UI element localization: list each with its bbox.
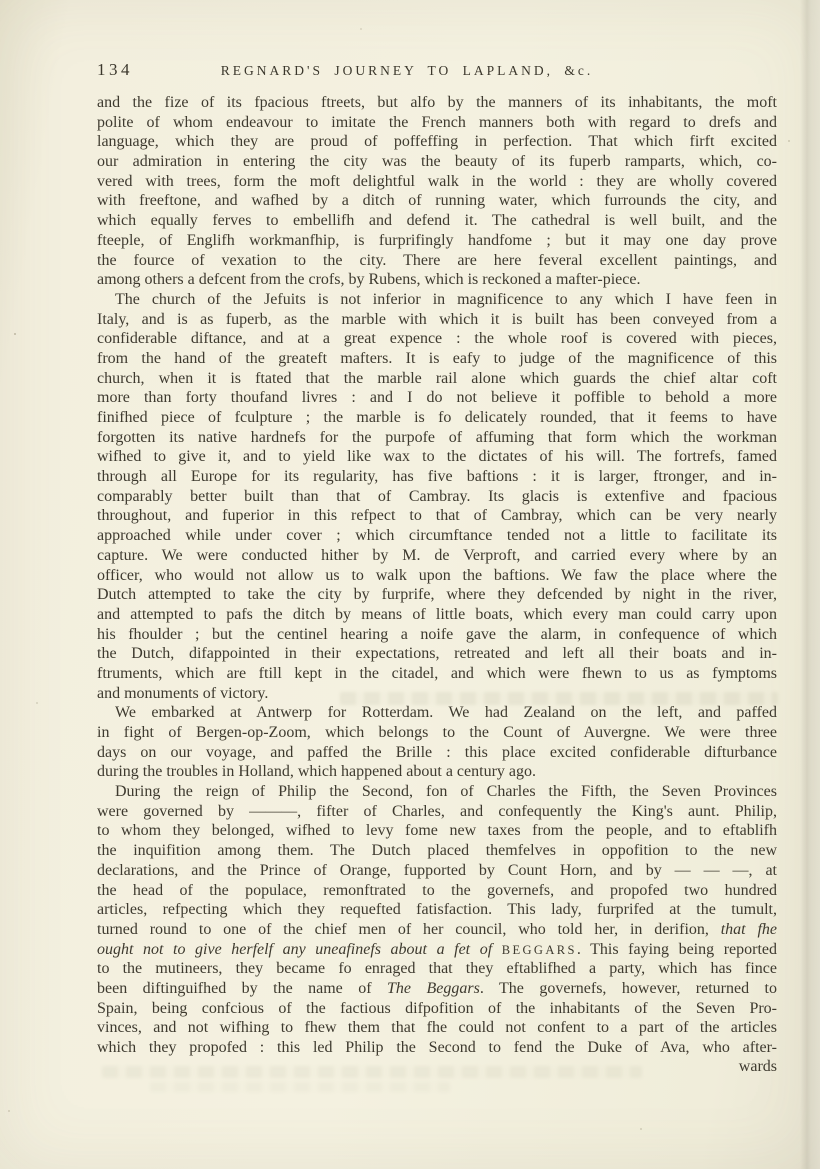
text-line: The church of the Jefuits is not inferio… — [97, 290, 777, 310]
text-line: forgotten its native hardnefs for the pu… — [97, 428, 777, 448]
text-segment: The Beggars — [387, 980, 480, 997]
text-segment: that fhe — [721, 921, 777, 938]
text-segment: the fource of vexation to the city. Ther… — [97, 252, 777, 269]
text-line: During the reign of Philip the Second, f… — [97, 782, 777, 802]
text-line: church, when it is ftated that the marbl… — [97, 369, 777, 389]
text-line: throughout, and fuperior in this refpect… — [97, 506, 777, 526]
text-line: more than forty thoufand livres : and I … — [97, 388, 777, 408]
text-segment: vinces, and not wifhing to fhew them tha… — [97, 1019, 777, 1036]
text-segment: through all Europe for its regularity, h… — [97, 468, 777, 485]
text-segment: officer, who would not allow us to walk … — [97, 567, 777, 584]
text-line: fteeple, of Englifh workmanfhip, is furp… — [97, 231, 777, 251]
text-line: Spain, being confcious of the factious d… — [97, 999, 777, 1019]
text-segment: the inquifition among them. The Dutch pl… — [97, 842, 777, 859]
text-line: were governed by ———, fifter of Charles,… — [97, 802, 777, 822]
text-segment: capture. We were conducted hither by M. … — [97, 547, 777, 564]
text-line: capture. We were conducted hither by M. … — [97, 546, 777, 566]
text-segment: been diftinguifhed by the name of — [97, 980, 387, 997]
text-line: the head of the populace, remonftrated t… — [97, 881, 777, 901]
text-segment: more than forty thoufand livres : and I … — [97, 389, 777, 406]
text-line: the Dutch, difappointed in their expecta… — [97, 644, 777, 664]
text-line: which they propofed : this led Philip th… — [97, 1038, 777, 1058]
text-line: language, which they are proud of poffef… — [97, 132, 777, 152]
page-header: 134 REGNARD'S JOURNEY TO LAPLAND, &c. — [97, 60, 777, 82]
text-segment: . This faying being reported — [577, 941, 777, 958]
text-line: from the hand of the greateft mafters. I… — [97, 349, 777, 369]
text-segment: polite of whom endeavour to imitate the … — [97, 114, 777, 131]
text-segment: and monuments of victory. — [97, 685, 268, 702]
text-line: with freeftone, and wafhed by a ditch of… — [97, 191, 777, 211]
text-segment: We embarked at Antwerp for Rotterdam. We… — [115, 704, 777, 721]
text-line: ftruments, which are ftill kept in the c… — [97, 664, 777, 684]
text-line: articles, refpecting which they requefte… — [97, 900, 777, 920]
text-segment: days on our voyage, and paffed the Brill… — [97, 744, 777, 761]
text-line: finifhed piece of fculpture ; the marble… — [97, 408, 777, 428]
show-through-smudge — [150, 1082, 450, 1092]
paper-specks — [0, 0, 2, 2]
text-segment: our admiration in entering the city was … — [97, 153, 777, 170]
book-page: 134 REGNARD'S JOURNEY TO LAPLAND, &c. an… — [0, 0, 820, 1169]
text-segment: and the fize of its fpacious ftreets, bu… — [97, 94, 777, 111]
text-line: and the fize of its fpacious ftreets, bu… — [97, 93, 777, 113]
text-line: comparably better built than that of Cam… — [97, 487, 777, 507]
text-segment: BEGGARS — [502, 943, 577, 957]
text-line: to the mutineers, they became fo enraged… — [97, 959, 777, 979]
text-segment: fteeple, of Englifh workmanfhip, is furp… — [97, 232, 777, 249]
text-segment: and attempted to pafs the ditch by means… — [97, 606, 777, 623]
text-line: which equally ferves to embellifh and de… — [97, 211, 777, 231]
text-segment: approached while under cover ; which cir… — [97, 527, 777, 544]
text-segment: among others a defcent from the crofs, b… — [97, 271, 640, 288]
text-line: and attempted to pafs the ditch by means… — [97, 605, 777, 625]
text-line: ought not to give herfelf any uneafinefs… — [97, 940, 777, 960]
text-segment: during the troubles in Holland, which ha… — [97, 763, 536, 780]
text-segment: Spain, being confcious of the factious d… — [97, 1000, 777, 1017]
text-line: Italy, and is as fuperb, as the marble w… — [97, 310, 777, 330]
text-line: and monuments of victory. — [97, 684, 777, 704]
text-segment: language, which they are proud of poffef… — [97, 133, 777, 150]
paragraph: The church of the Jefuits is not inferio… — [97, 290, 777, 703]
text-segment: ought not to give herfelf any uneafinefs… — [97, 941, 502, 958]
text-segment: confiderable diftance, and at a great ex… — [97, 330, 777, 347]
text-line: wifhed to give it, and to yield like wax… — [97, 447, 777, 467]
text-segment: finifhed piece of fculpture ; the marble… — [97, 409, 777, 426]
text-segment: comparably better built than that of Cam… — [97, 488, 777, 505]
text-line: officer, who would not allow us to walk … — [97, 566, 777, 586]
catchword: wards — [97, 1058, 777, 1076]
text-line: the fource of vexation to the city. Ther… — [97, 251, 777, 271]
text-segment: which they propofed : this led Philip th… — [97, 1039, 777, 1056]
text-line: in fight of Bergen-op-Zoom, which belong… — [97, 723, 777, 743]
text-line: our admiration in entering the city was … — [97, 152, 777, 172]
text-line: during the troubles in Holland, which ha… — [97, 762, 777, 782]
text-line: among others a defcent from the crofs, b… — [97, 270, 777, 290]
text-line: through all Europe for its regularity, h… — [97, 467, 777, 487]
text-line: polite of whom endeavour to imitate the … — [97, 113, 777, 133]
text-segment: Italy, and is as fuperb, as the marble w… — [97, 311, 777, 328]
text-segment: church, when it is ftated that the marbl… — [97, 370, 777, 387]
text-segment: wifhed to give it, and to yield like wax… — [97, 448, 777, 465]
text-segment: vered with trees, form the moft delightf… — [97, 173, 777, 190]
text-line: his fhoulder ; but the centinel hearing … — [97, 625, 777, 645]
text-line: We embarked at Antwerp for Rotterdam. We… — [97, 703, 777, 723]
text-segment: Dutch attempted to take the city by furp… — [97, 586, 777, 603]
text-line: days on our voyage, and paffed the Brill… — [97, 743, 777, 763]
text-segment: in fight of Bergen-op-Zoom, which belong… — [97, 724, 777, 741]
text-line: Dutch attempted to take the city by furp… — [97, 585, 777, 605]
text-segment: throughout, and fuperior in this refpect… — [97, 507, 777, 524]
text-segment: forgotten its native hardnefs for the pu… — [97, 429, 777, 446]
running-title: REGNARD'S JOURNEY TO LAPLAND, &c. — [67, 63, 747, 79]
text-segment: turned round to one of the chief men of … — [97, 921, 721, 938]
text-segment: to whom they belonged, wifhed to levy fo… — [97, 822, 777, 839]
text-segment: articles, refpecting which they requefte… — [97, 901, 777, 918]
text-line: vered with trees, form the moft delightf… — [97, 172, 777, 192]
paragraph: During the reign of Philip the Second, f… — [97, 782, 777, 1058]
text-line: been diftinguifhed by the name of The Be… — [97, 979, 777, 999]
text-line: to whom they belonged, wifhed to levy fo… — [97, 821, 777, 841]
page-edge — [800, 0, 820, 1169]
text-line: the inquifition among them. The Dutch pl… — [97, 841, 777, 861]
text-line: approached while under cover ; which cir… — [97, 526, 777, 546]
text-line: confiderable diftance, and at a great ex… — [97, 329, 777, 349]
text-segment: his fhoulder ; but the centinel hearing … — [97, 626, 777, 643]
text-segment: to the mutineers, they became fo enraged… — [97, 960, 777, 977]
text-line: declarations, and the Prince of Orange, … — [97, 861, 777, 881]
text-segment: from the hand of the greateft mafters. I… — [97, 350, 777, 367]
text-line: vinces, and not wifhing to fhew them tha… — [97, 1018, 777, 1038]
text-segment: with freeftone, and wafhed by a ditch of… — [97, 192, 777, 209]
text-segment: During the reign of Philip the Second, f… — [115, 783, 777, 800]
text-segment: ftruments, which are ftill kept in the c… — [97, 665, 777, 682]
text-segment: . The governefs, however, returned to — [480, 980, 777, 997]
text-segment: were governed by ———, fifter of Charles,… — [97, 803, 777, 820]
paragraph: We embarked at Antwerp for Rotterdam. We… — [97, 703, 777, 782]
paragraph: and the fize of its fpacious ftreets, bu… — [97, 93, 777, 290]
text-line: turned round to one of the chief men of … — [97, 920, 777, 940]
text-segment: the Dutch, difappointed in their expecta… — [97, 645, 777, 662]
text-block: and the fize of its fpacious ftreets, bu… — [97, 93, 777, 1058]
text-segment: declarations, and the Prince of Orange, … — [97, 862, 777, 879]
text-segment: which equally ferves to embellifh and de… — [97, 212, 777, 229]
text-segment: The church of the Jefuits is not inferio… — [115, 291, 777, 308]
text-segment: the head of the populace, remonftrated t… — [97, 882, 777, 899]
